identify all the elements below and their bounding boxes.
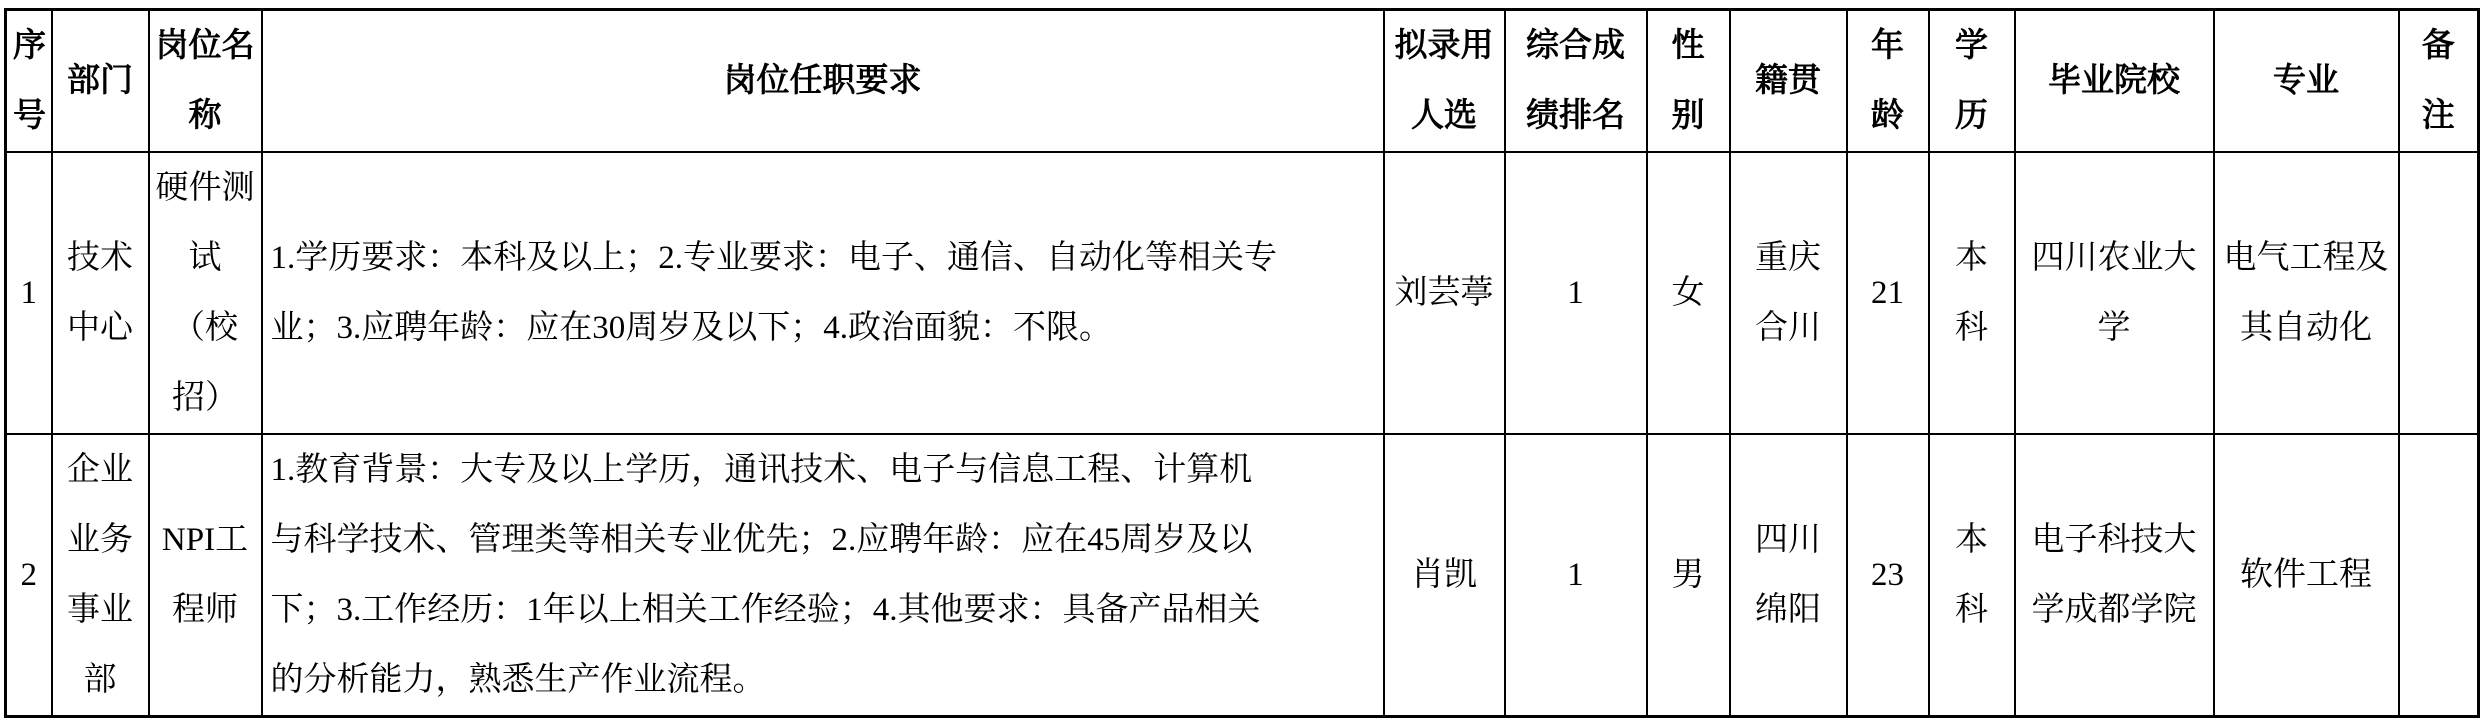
cell-candidate: 刘芸葶	[1384, 152, 1505, 434]
table-row: 1 技术中心 硬件测试 （校招） 1.学历要求：本科及以上；2.专业要求：电子、…	[6, 152, 2479, 434]
cell-gender: 女	[1647, 152, 1730, 434]
cell-major: 软件工程	[2214, 434, 2399, 717]
header-cell-gender: 性 别	[1647, 10, 1730, 153]
cell-rank: 1	[1505, 152, 1647, 434]
header-cell-major: 专业	[2214, 10, 2399, 153]
cell-education: 本 科	[1929, 434, 2015, 717]
cell-school: 四川农业大 学	[2015, 152, 2214, 434]
cell-index: 1	[6, 152, 52, 434]
header-cell-index: 序 号	[6, 10, 52, 153]
cell-major: 电气工程及 其自动化	[2214, 152, 2399, 434]
header-cell-position: 岗位名称	[149, 10, 262, 153]
cell-remarks	[2399, 434, 2479, 717]
cell-requirements: 1.学历要求：本科及以上；2.专业要求：电子、通信、自动化等相关专 业；3.应聘…	[262, 152, 1384, 434]
cell-age: 23	[1847, 434, 1929, 717]
cell-gender: 男	[1647, 434, 1730, 717]
cell-index: 2	[6, 434, 52, 717]
cell-department: 企业业务 事业部	[52, 434, 149, 717]
cell-remarks	[2399, 152, 2479, 434]
cell-age: 21	[1847, 152, 1929, 434]
header-cell-department: 部门	[52, 10, 149, 153]
recruitment-table: 序 号 部门 岗位名称 岗位任职要求 拟录用 人选 综合成 绩排名 性 别 籍贯…	[4, 8, 2480, 718]
cell-education: 本 科	[1929, 152, 2015, 434]
cell-position: 硬件测试 （校招）	[149, 152, 262, 434]
cell-position: NPI工程师	[149, 434, 262, 717]
header-cell-education: 学 历	[1929, 10, 2015, 153]
header-cell-remarks: 备 注	[2399, 10, 2479, 153]
header-cell-hometown: 籍贯	[1730, 10, 1847, 153]
cell-department: 技术中心	[52, 152, 149, 434]
header-cell-age: 年 龄	[1847, 10, 1929, 153]
header-cell-school: 毕业院校	[2015, 10, 2214, 153]
table-row: 2 企业业务 事业部 NPI工程师 1.教育背景：大专及以上学历，通讯技术、电子…	[6, 434, 2479, 717]
cell-rank: 1	[1505, 434, 1647, 717]
cell-school: 电子科技大 学成都学院	[2015, 434, 2214, 717]
cell-hometown: 四川 绵阳	[1730, 434, 1847, 717]
page: 序 号 部门 岗位名称 岗位任职要求 拟录用 人选 综合成 绩排名 性 别 籍贯…	[0, 0, 2492, 594]
header-cell-requirements: 岗位任职要求	[262, 10, 1384, 153]
header-row: 序 号 部门 岗位名称 岗位任职要求 拟录用 人选 综合成 绩排名 性 别 籍贯…	[6, 10, 2479, 153]
header-cell-rank: 综合成 绩排名	[1505, 10, 1647, 153]
cell-hometown: 重庆 合川	[1730, 152, 1847, 434]
header-cell-candidate: 拟录用 人选	[1384, 10, 1505, 153]
cell-candidate: 肖凯	[1384, 434, 1505, 717]
cell-requirements: 1.教育背景：大专及以上学历，通讯技术、电子与信息工程、计算机 与科学技术、管理…	[262, 434, 1384, 717]
